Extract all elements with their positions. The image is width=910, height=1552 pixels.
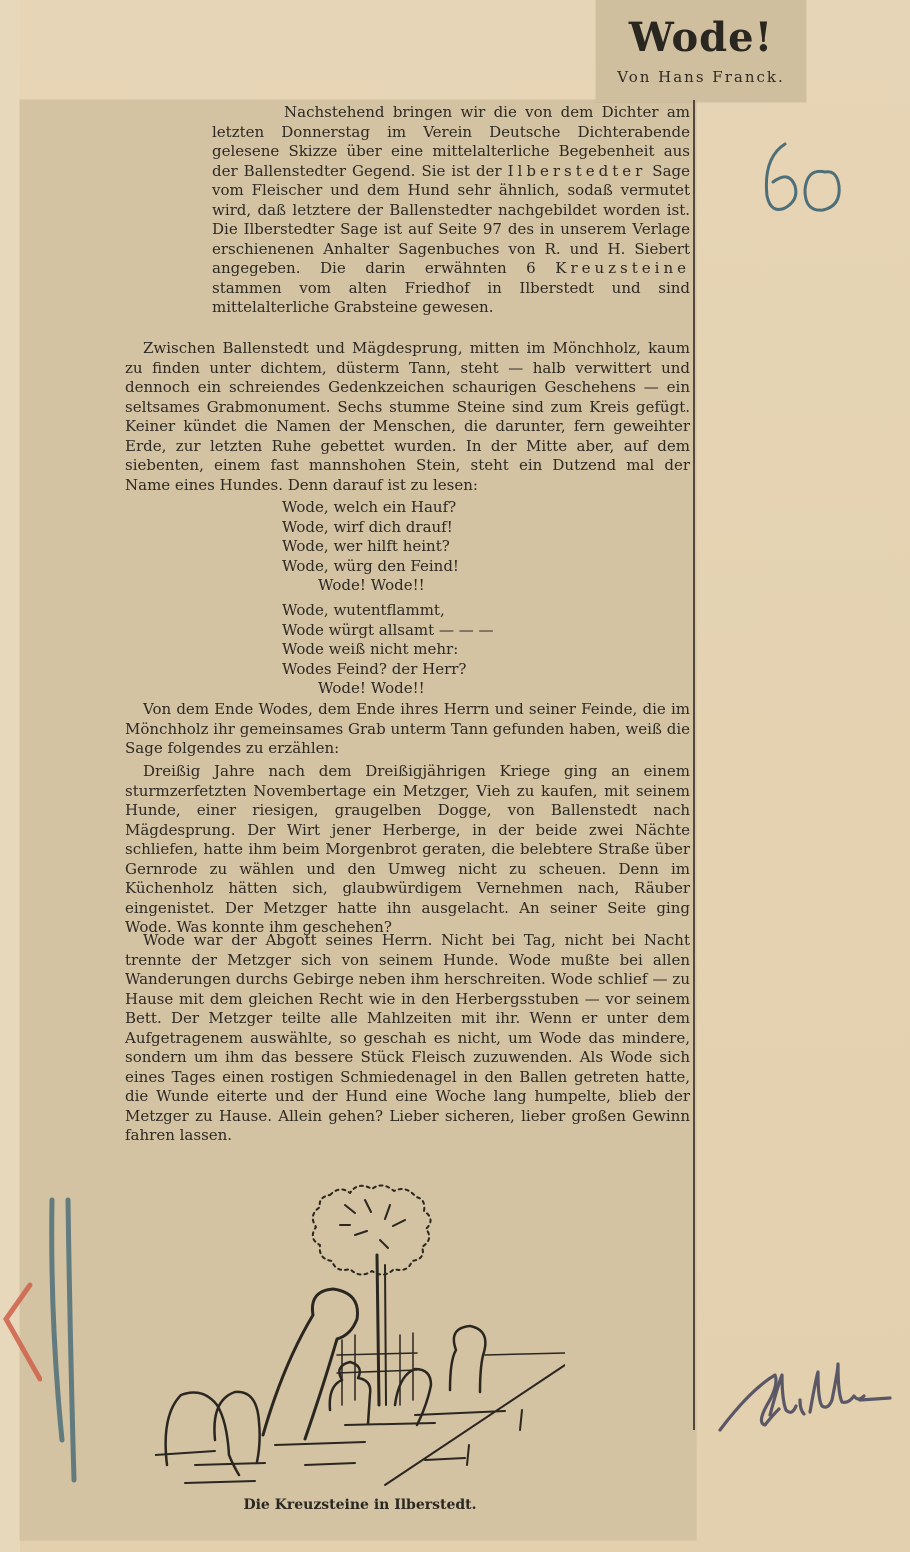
verse-line: Wode, wirf dich drauf! [282, 518, 459, 538]
verse-line: Wode! Wode!! [282, 576, 459, 596]
paragraph: Dreißig Jahre nach dem Dreißigjährigen K… [125, 762, 690, 938]
verse-line: Wode! Wode!! [282, 679, 493, 699]
verse-line: Wode würgt allsamt — — — [282, 621, 493, 641]
paragraph: Zwischen Ballenstedt und Mägdesprung, mi… [125, 339, 690, 495]
intro-text-3: stammen vom alten Friedhof in Ilberstedt… [212, 279, 690, 317]
paragraph: Von dem Ende Wodes, dem Ende ihres Herrn… [125, 700, 690, 759]
editor-intro: Nachstehend bringen wir die von dem Dich… [212, 103, 690, 318]
verse-line: Wode, wutentflammt, [282, 601, 493, 621]
article-title: Wode! [596, 14, 806, 61]
illustration-caption: Die Kreuzsteine in Ilberstedt. [150, 1497, 570, 1513]
handwritten-number-annotation [755, 130, 855, 220]
verse-stanza-1: Wode, welch ein Hauf? Wode, wirf dich dr… [282, 498, 459, 596]
stone-icon [166, 1289, 565, 1475]
paragraph: Wode war der Abgott seines Herrn. Nicht … [125, 931, 690, 1146]
ground-strokes [155, 1365, 565, 1485]
article-byline: Von Hans Franck. [596, 68, 806, 86]
verse-stanza-2: Wode, wutentflammt, Wode würgt allsamt —… [282, 601, 493, 699]
verse-line: Wode, würg den Feind! [282, 557, 459, 577]
stone-circle-illustration [155, 1165, 565, 1495]
verse-line: Wode weiß nicht mehr: [282, 640, 493, 660]
blue-pencil-marks [40, 1195, 90, 1485]
red-pencil-mark [2, 1275, 42, 1385]
intro-spaced-1: Ilberstedter [508, 162, 647, 180]
column-rule [693, 100, 695, 1430]
handwritten-signature [715, 1360, 895, 1440]
intro-spaced-2: Kreuzsteine [555, 259, 690, 277]
verse-line: Wode, wer hilft heint? [282, 537, 459, 557]
verse-line: Wodes Feind? der Herr? [282, 660, 493, 680]
verse-line: Wode, welch ein Hauf? [282, 498, 459, 518]
